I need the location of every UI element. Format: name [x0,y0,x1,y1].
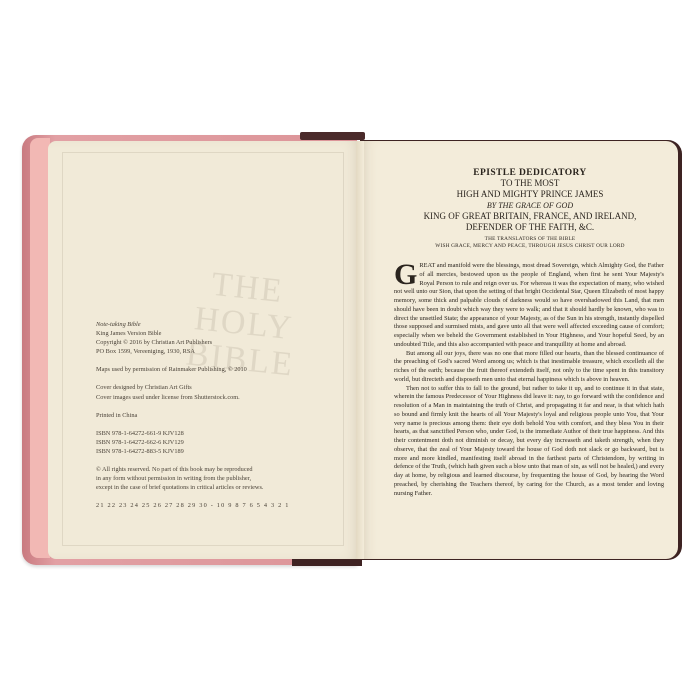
spine-top-edge [300,132,365,140]
isbn-line: ISBN 978-1-64272-661-9 KJV128 [96,429,336,438]
heading-line: DEFENDER OF THE FAITH, &C. [385,222,675,233]
translators-line: THE TRANSLATORS OF THE BIBLE [385,236,675,243]
drop-cap: G [394,263,417,287]
isbn-line: ISBN 978-1-64272-662-6 KJV129 [96,438,336,447]
copyright-block: Note-taking Bible King James Version Bib… [96,320,336,510]
isbn-line: ISBN 978-1-64272-883-5 KJV189 [96,447,336,456]
book-photo: THE HOLY BIBLE Note-taking Bible King Ja… [0,0,700,700]
printing-number-line: 21 22 23 24 25 26 27 28 29 30 - 10 9 8 7… [96,501,336,510]
heading-italic: BY THE GRACE OF GOD [385,200,675,211]
spine-bottom-edge [292,558,362,566]
paragraph: Then not to suffer this to fall to the g… [394,385,664,499]
rights-line: except in the case of brief quotations i… [96,483,336,492]
cover-inner-edge [30,138,50,558]
edition-name: Note-taking Bible [96,320,336,329]
epistle-body: GREAT and manifold were the blessings, m… [394,262,664,498]
heading-line: TO THE MOST [385,178,675,189]
paragraph: GREAT and manifold were the blessings, m… [394,262,664,350]
maps-credit: Maps used by permission of Rainmaker Pub… [96,365,336,374]
book-gutter [356,141,364,559]
cover-image-credit: Cover images used under license from Shu… [96,393,336,402]
rights-line: in any form without permission in writin… [96,474,336,483]
version-line: King James Version Bible [96,329,336,338]
rights-line: © All rights reserved. No part of this b… [96,465,336,474]
heading-line: KING OF GREAT BRITAIN, FRANCE, AND IRELA… [385,211,675,222]
cover-design-credit: Cover designed by Christian Art Gifts [96,383,336,392]
epistle-heading: EPISTLE DEDICATORY TO THE MOST HIGH AND … [385,160,675,250]
printed-in: Printed in China [96,411,336,420]
page-title: EPISTLE DEDICATORY [385,168,675,178]
copyright-line: Copyright © 2016 by Christian Art Publis… [96,338,336,347]
wish-line: WISH GRACE, MERCY AND PEACE, THROUGH JES… [385,243,675,250]
heading-line: HIGH AND MIGHTY PRINCE JAMES [385,189,675,200]
paragraph: But among all our joys, there was no one… [394,350,664,385]
address-line: PO Box 1599, Vereeniging, 1930, RSA [96,347,336,356]
